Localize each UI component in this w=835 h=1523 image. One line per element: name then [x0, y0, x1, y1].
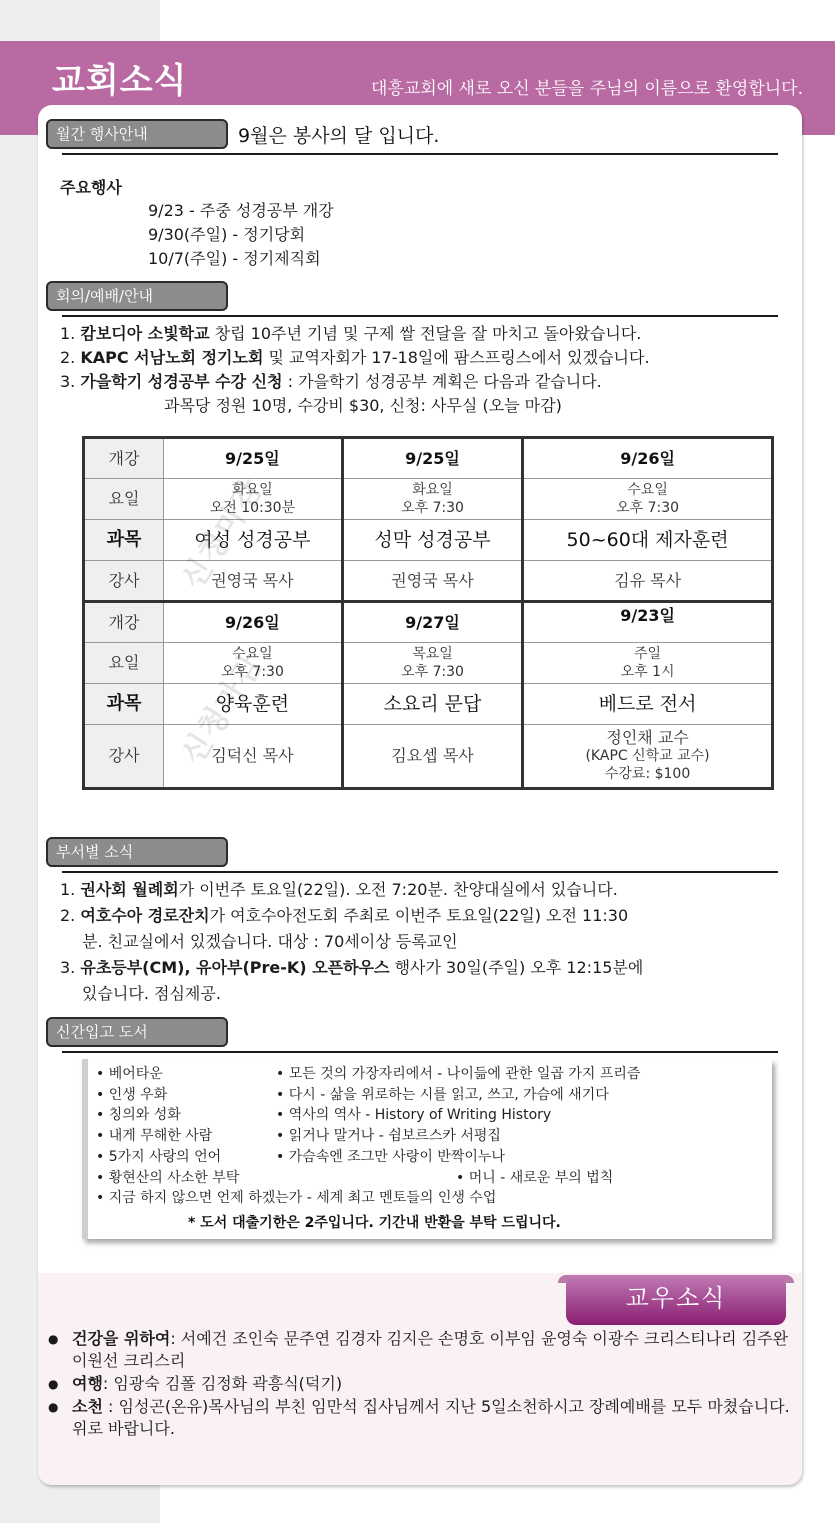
cell-subject: 성막 성경공부: [342, 520, 522, 561]
cell-day-time: 화요일오후 7:30: [342, 479, 522, 520]
cell-teacher: 권영국 목사: [164, 561, 343, 602]
bible-study-schedule-table: 개강 9/25일 9/25일 9/26일 요일 화요일오전 10:30분 화요일…: [82, 436, 774, 790]
cell-date: 9/26일: [523, 438, 773, 479]
cell-teacher: 정인채 교수 (KAPC 신학교 교수) 수강료: $100: [523, 725, 773, 789]
welcome-subtitle: 대흥교회에 새로 오신 분들을 주님의 이름으로 환영합니다.: [371, 74, 803, 99]
table-row: 과목 여성 성경공부 성막 성경공부 50~60대 제자훈련: [84, 520, 773, 561]
alumni-item: 소천 : 임성곤(온유)목사님의 부친 임만석 집사님께서 지난 5일소천하시고…: [46, 1396, 796, 1440]
cell-day-time: 수요일오후 7:30: [523, 479, 773, 520]
notice-subnote: 과목당 정원 10명, 수강비 $30, 신청: 사무실 (오늘 마감): [60, 394, 650, 418]
book-row: • 칭의와 성화• 역사의 역사 - History of Writing Hi…: [96, 1105, 640, 1126]
cell-date: 9/23일: [523, 602, 773, 643]
news-card: 월간 행사안내 9월은 봉사의 달 입니다. 주요행사 9/23 - 주중 성경…: [38, 105, 802, 1485]
cell-date: 9/25일: [164, 438, 343, 479]
table-row: 과목 양육훈련 소요리 문답 베드로 전서: [84, 684, 773, 725]
book-row: • 황현산의 사소한 부탁• 머니 - 새로운 부의 법칙: [96, 1168, 640, 1189]
cell-date: 9/25일: [342, 438, 522, 479]
main-events-title: 주요행사: [60, 175, 122, 198]
new-books-box: • 베어타운• 모든 것의 가장자리에서 - 나이듦에 관한 일곱 가지 프리즘…: [82, 1059, 772, 1239]
alumni-item: 건강을 위하여: 서예건 조인숙 문주연 김경자 김지은 손명호 이부임 윤영숙…: [46, 1328, 796, 1372]
book-row: • 인생 우화• 다시 - 삶을 위로하는 시를 읽고, 쓰고, 가슴에 새기다: [96, 1085, 640, 1106]
cell-teacher: 김덕신 목사: [164, 725, 343, 789]
section-label-books: 신간입고 도서: [46, 1017, 228, 1047]
table-row: 요일 화요일오전 10:30분 화요일오후 7:30 수요일오후 7:30: [84, 479, 773, 520]
alumni-news-list: 건강을 위하여: 서예건 조인숙 문주연 김경자 김지은 손명호 이부임 윤영숙…: [46, 1328, 796, 1441]
books-list: • 베어타운• 모든 것의 가장자리에서 - 나이듦에 관한 일곱 가지 프리즘…: [96, 1064, 640, 1209]
dept-item-cont: 있습니다. 점심제공.: [60, 981, 790, 1007]
dept-item: 3. 유초등부(CM), 유아부(Pre-K) 오픈하우스 행사가 30일(주일…: [60, 955, 790, 981]
monthly-headline: 9월은 봉사의 달 입니다.: [238, 121, 439, 148]
row-header: 과목: [84, 520, 164, 561]
table-row: 개강 9/25일 9/25일 9/26일: [84, 438, 773, 479]
section-label-departments: 부서별 소식: [46, 837, 228, 867]
dept-item: 2. 여호수아 경로잔치가 여호수아전도회 주최로 이번주 토요일(22일) 오…: [60, 903, 790, 929]
row-header: 강사: [84, 725, 164, 789]
department-news-list: 1. 권사회 월례회가 이번주 토요일(22일). 오전 7:20분. 찬양대실…: [60, 877, 790, 1007]
event-item: 10/7(주일) - 정기제직회: [148, 247, 334, 271]
book-row: • 지금 하지 않으면 언제 하겠는가 - 세계 최고 멘토들의 인생 수업: [96, 1188, 640, 1209]
cell-day-time: 수요일오후 7:30: [164, 643, 343, 684]
table-row: 강사 권영국 목사 권영국 목사 김유 목사: [84, 561, 773, 602]
book-row: • 베어타운• 모든 것의 가장자리에서 - 나이듦에 관한 일곱 가지 프리즘: [96, 1064, 640, 1085]
meetings-list: 1. 캄보디아 소빛학교 창립 10주년 기념 및 구제 쌀 전달을 잘 마치고…: [60, 322, 650, 418]
cell-day-time: 목요일오후 7:30: [342, 643, 522, 684]
cell-teacher: 권영국 목사: [342, 561, 522, 602]
table-row: 강사 김덕신 목사 김요셉 목사 정인채 교수 (KAPC 신학교 교수) 수강…: [84, 725, 773, 789]
dept-item: 1. 권사회 월례회가 이번주 토요일(22일). 오전 7:20분. 찬양대실…: [60, 877, 790, 903]
page-title: 교회소식: [52, 53, 187, 102]
row-header: 개강: [84, 602, 164, 643]
notice-item: 1. 캄보디아 소빛학교 창립 10주년 기념 및 구제 쌀 전달을 잘 마치고…: [60, 322, 650, 346]
cell-day-time: 화요일오전 10:30분: [164, 479, 343, 520]
main-events-list: 9/23 - 주중 성경공부 개강 9/30(주일) - 정기당회 10/7(주…: [148, 199, 334, 271]
notice-item: 2. KAPC 서남노회 정기노회 및 교역자회가 17-18일에 팜스프링스에…: [60, 346, 650, 370]
cell-date: 9/26일: [164, 602, 343, 643]
cell-subject: 양육훈련: [164, 684, 343, 725]
notice-item: 3. 가을학기 성경공부 수강 신청 : 가을학기 성경공부 계획은 다음과 같…: [60, 370, 650, 394]
event-item: 9/23 - 주중 성경공부 개강: [148, 199, 334, 223]
cell-teacher: 김유 목사: [523, 561, 773, 602]
section-label-monthly: 월간 행사안내: [46, 119, 228, 149]
cell-date: 9/27일: [342, 602, 522, 643]
row-header: 과목: [84, 684, 164, 725]
divider: [62, 315, 778, 317]
cell-subject: 베드로 전서: [523, 684, 773, 725]
cell-subject: 소요리 문답: [342, 684, 522, 725]
dept-item-cont: 분. 친교실에서 있겠습니다. 대상 : 70세이상 등록교인: [60, 929, 790, 955]
loan-period-note: * 도서 대출기한은 2주입니다. 기간내 반환을 부탁 드립니다.: [188, 1212, 561, 1232]
table-row: 개강 9/26일 9/27일 9/23일: [84, 602, 773, 643]
row-header: 강사: [84, 561, 164, 602]
table-row: 요일 수요일오후 7:30 목요일오후 7:30 주일오후 1시: [84, 643, 773, 684]
cell-subject: 50~60대 제자훈련: [523, 520, 773, 561]
divider: [62, 871, 778, 873]
section-label-meetings: 회의/예배/안내: [46, 281, 228, 311]
event-item: 9/30(주일) - 정기당회: [148, 223, 334, 247]
row-header: 개강: [84, 438, 164, 479]
divider: [62, 1051, 778, 1053]
alumni-item: 여행: 임광숙 김폴 김정화 곽흥식(덕기): [46, 1373, 796, 1395]
divider: [62, 153, 778, 155]
book-row: • 5가지 사랑의 언어• 가슴속엔 조그만 사랑이 반짝이누나: [96, 1147, 640, 1168]
row-header: 요일: [84, 479, 164, 520]
cell-subject: 여성 성경공부: [164, 520, 343, 561]
book-row: • 내게 무해한 사람• 읽거나 말거나 - 쉼보르스카 서평집: [96, 1126, 640, 1147]
cell-teacher: 김요셉 목사: [342, 725, 522, 789]
cell-day-time: 주일오후 1시: [523, 643, 773, 684]
alumni-ribbon-title: 교우소식: [566, 1275, 786, 1325]
row-header: 요일: [84, 643, 164, 684]
